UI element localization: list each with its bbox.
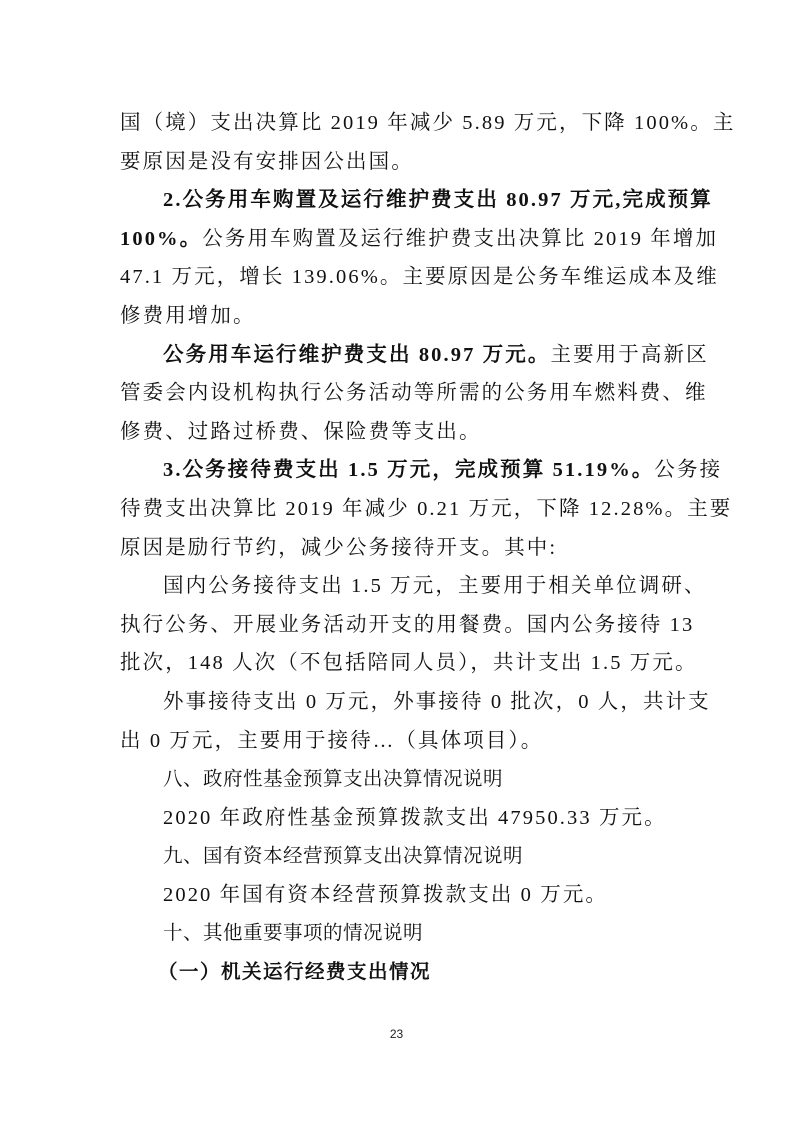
- section-heading-9: 九、国有资本经营预算支出决算情况说明: [120, 837, 672, 876]
- bold-lead-text: 公务用车运行维护费支出 80.97 万元。: [163, 344, 550, 366]
- bold-lead-text: 3.公务接待费支出 1.5 万元，完成预算 51.19%。: [163, 459, 654, 481]
- body-text: 2020 年国有资本经营预算拨款支出 0 万元。: [163, 884, 608, 906]
- body-text: 原因是励行节约，减少公务接待开支。其中:: [120, 537, 557, 559]
- paragraph-line: 100%。公务用车购置及运行维护费支出决算比 2019 年增加: [120, 220, 672, 259]
- body-text: 国内公务接待支出 1.5 万元，主要用于相关单位调研、: [163, 575, 707, 597]
- bold-lead-text: 2.公务用车购置及运行维护费支出 80.97 万元,完成预算: [163, 189, 713, 211]
- body-text: 外事接待支出 0 万元，外事接待 0 批次，0 人，共计支: [163, 691, 711, 713]
- paragraph-line: 管委会内设机构执行公务活动等所需的公务用车燃料费、维: [120, 374, 672, 413]
- paragraph-line: 执行公务、开展业务活动开支的用餐费。国内公务接待 13: [120, 606, 672, 645]
- body-text: 要原因是没有安排因公出国。: [120, 151, 414, 173]
- body-text: 公务接: [654, 459, 722, 481]
- body-text: 管委会内设机构执行公务活动等所需的公务用车燃料费、维: [120, 382, 708, 404]
- document-body: 国（境）支出决算比 2019 年减少 5.89 万元，下降 100%。主 要原因…: [120, 104, 672, 992]
- paragraph-line: 国内公务接待支出 1.5 万元，主要用于相关单位调研、: [120, 567, 672, 606]
- heading-text: 九、国有资本经营预算支出决算情况说明: [163, 844, 523, 867]
- body-text: 主要用于高新区: [550, 344, 708, 366]
- subsection-heading: （一）机关运行经费支出情况: [120, 953, 672, 992]
- paragraph-line: 修费、过路过桥费、保险费等支出。: [120, 413, 672, 452]
- paragraph-line: 国（境）支出决算比 2019 年减少 5.89 万元，下降 100%。主: [120, 104, 672, 143]
- section-heading-8: 八、政府性基金预算支出决算情况说明: [120, 760, 672, 799]
- body-text: 待费支出决算比 2019 年减少 0.21 万元，下降 12.28%。主要: [120, 498, 732, 520]
- section-heading-10: 十、其他重要事项的情况说明: [120, 914, 672, 953]
- heading-text: 十、其他重要事项的情况说明: [163, 921, 423, 944]
- body-text: 执行公务、开展业务活动开支的用餐费。国内公务接待 13: [120, 614, 694, 636]
- paragraph-line: 2020 年国有资本经营预算拨款支出 0 万元。: [120, 876, 672, 915]
- body-text: 公务用车购置及运行维护费支出决算比 2019 年增加: [202, 228, 718, 250]
- bold-lead-text: 100%。: [120, 228, 202, 250]
- body-text: 2020 年政府性基金预算拨款支出 47950.33 万元。: [163, 807, 667, 829]
- page-number: 23: [0, 1027, 793, 1041]
- body-text: 修费、过路过桥费、保险费等支出。: [120, 421, 482, 443]
- paragraph-line: 要原因是没有安排因公出国。: [120, 143, 672, 182]
- body-text: 修费用增加。: [120, 305, 256, 327]
- paragraph-line: 批次，148 人次（不包括陪同人员），共计支出 1.5 万元。: [120, 644, 672, 683]
- body-text: 国（境）支出决算比 2019 年减少 5.89 万元，下降 100%。主: [120, 112, 735, 134]
- body-text: 批次，148 人次（不包括陪同人员），共计支出 1.5 万元。: [120, 652, 698, 674]
- body-text: 47.1 万元，增长 139.06%。主要原因是公务车维运成本及维: [120, 266, 719, 288]
- paragraph-line: 47.1 万元，增长 139.06%。主要原因是公务车维运成本及维: [120, 258, 672, 297]
- paragraph-line: 出 0 万元，主要用于接待…（具体项目）。: [120, 722, 672, 761]
- paragraph-line: 待费支出决算比 2019 年减少 0.21 万元，下降 12.28%。主要: [120, 490, 672, 529]
- paragraph-line: 公务用车运行维护费支出 80.97 万元。主要用于高新区: [120, 336, 672, 375]
- paragraph-line: 外事接待支出 0 万元，外事接待 0 批次，0 人，共计支: [120, 683, 672, 722]
- paragraph-line: 2020 年政府性基金预算拨款支出 47950.33 万元。: [120, 799, 672, 838]
- heading-text: （一）机关运行经费支出情况: [158, 960, 431, 983]
- body-text: 出 0 万元，主要用于接待…（具体项目）。: [120, 730, 543, 752]
- paragraph-line: 2.公务用车购置及运行维护费支出 80.97 万元,完成预算: [120, 181, 672, 220]
- paragraph-line: 修费用增加。: [120, 297, 672, 336]
- paragraph-line: 原因是励行节约，减少公务接待开支。其中:: [120, 529, 672, 568]
- document-page: 国（境）支出决算比 2019 年减少 5.89 万元，下降 100%。主 要原因…: [0, 0, 793, 1122]
- paragraph-line: 3.公务接待费支出 1.5 万元，完成预算 51.19%。公务接: [120, 451, 672, 490]
- heading-text: 八、政府性基金预算支出决算情况说明: [163, 767, 503, 790]
